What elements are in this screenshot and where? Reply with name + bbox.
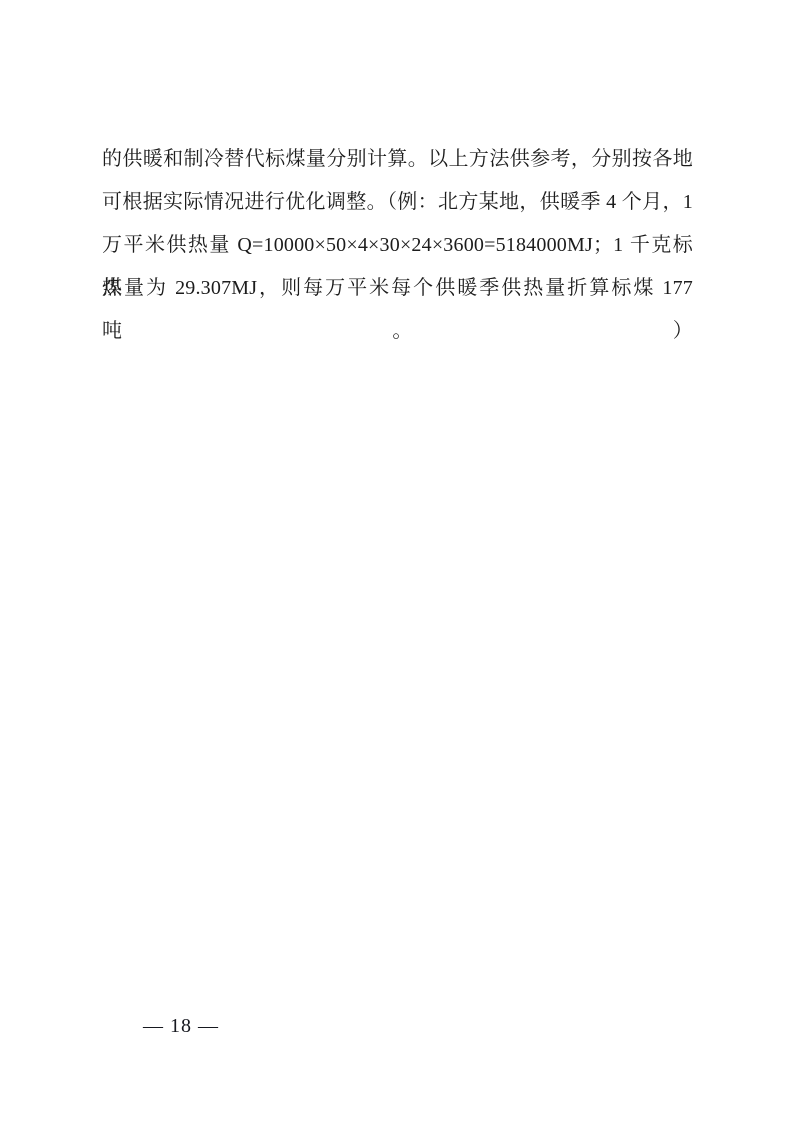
- page-number: — 18 —: [143, 1012, 219, 1040]
- paragraph-line: 热量为 29.307MJ，则每万平米每个供暖季供热量折算标煤 177 吨。）: [102, 267, 693, 310]
- document-page: 的供暖和制冷替代标煤量分别计算。以上方法供参考，分别按各地 可根据实际情况进行优…: [0, 0, 793, 1122]
- paragraph-line: 可根据实际情况进行优化调整。（例：北方某地，供暖季 4 个月，1: [102, 181, 693, 224]
- paragraph-line: 万平米供热量 Q=10000×50×4×30×24×3600=5184000MJ…: [102, 224, 693, 267]
- body-paragraph: 的供暖和制冷替代标煤量分别计算。以上方法供参考，分别按各地 可根据实际情况进行优…: [102, 138, 693, 310]
- paragraph-line: 的供暖和制冷替代标煤量分别计算。以上方法供参考，分别按各地: [102, 138, 693, 181]
